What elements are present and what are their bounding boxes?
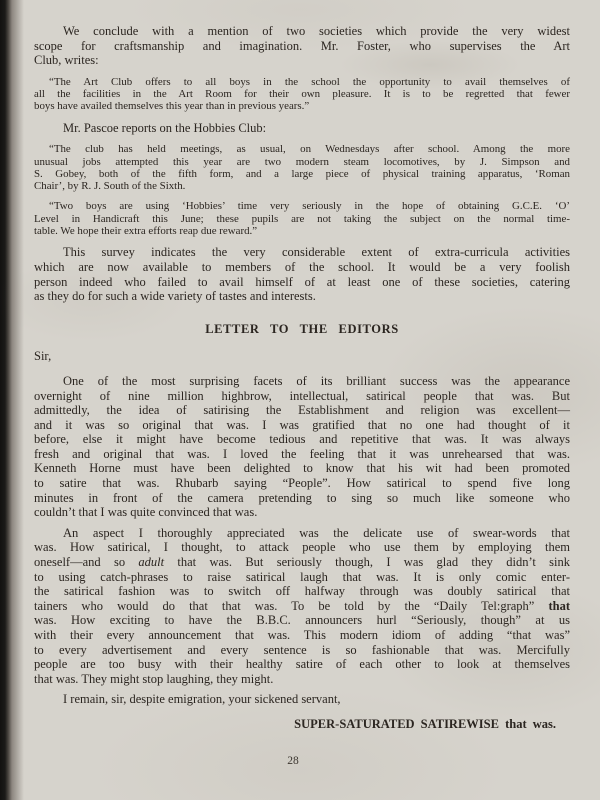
text-line: tainers who would do that that was. To b… bbox=[34, 599, 570, 614]
text-line: to using catch-phrases to raise satirica… bbox=[34, 570, 570, 585]
text-line: S. Gobey, both of the fifth form, and a … bbox=[34, 168, 570, 180]
quote-hobbies-1: “The club has held meetings, as usual, o… bbox=[34, 143, 570, 192]
para-letter-2: An aspect I thoroughly appreciated was t… bbox=[34, 526, 570, 687]
text-line: minutes in front of the camera pretendin… bbox=[34, 491, 570, 506]
text-line: “The Art Club offers to all boys in the … bbox=[34, 76, 570, 88]
signature: SUPER-SATURATED SATIREWISE that was. bbox=[34, 717, 570, 732]
text-line: “The club has held meetings, as usual, o… bbox=[34, 143, 570, 155]
text-line: was. How satirical, I thought, to attack… bbox=[34, 540, 570, 555]
text-line: admittedly, the idea of satirising the E… bbox=[34, 403, 570, 418]
text-line: Kenneth Horne must have been delighted t… bbox=[34, 461, 570, 476]
text-line: “Two boys are using ‘Hobbies’ time very … bbox=[34, 200, 570, 212]
text-line: couldn’t that I was quite convinced that… bbox=[34, 505, 570, 520]
text-line: that was. They might stop laughing, they… bbox=[34, 672, 570, 687]
text-line: which are now available to members of th… bbox=[34, 260, 570, 275]
heading-letter: LETTER TO THE EDITORS bbox=[34, 322, 570, 337]
text-line: person indeed who failed to avail himsel… bbox=[34, 275, 570, 290]
salutation: Sir, bbox=[34, 349, 570, 364]
text-line: unusual jobs attempted this year are two… bbox=[34, 156, 570, 168]
text-line: boys have availed themselves this year t… bbox=[34, 100, 570, 112]
para-letter-1: One of the most surprising facets of its… bbox=[34, 374, 570, 520]
text-line: to every advertisement and every sentenc… bbox=[34, 643, 570, 658]
text-line: overnight of nine million highbrow, inte… bbox=[34, 389, 570, 404]
quote-hobbies-2: “Two boys are using ‘Hobbies’ time very … bbox=[34, 200, 570, 237]
para-closing: I remain, sir, despite emigration, your … bbox=[34, 692, 570, 707]
text-line: people are too busy with their healthy s… bbox=[34, 657, 570, 672]
text-line: I remain, sir, despite emigration, your … bbox=[34, 692, 570, 707]
text-line: as they do for such a wide variety of ta… bbox=[34, 289, 570, 304]
italic-text: adult bbox=[138, 555, 164, 569]
text-line: scope for craftsmanship and imagination.… bbox=[34, 39, 570, 54]
page-content: We conclude with a mention of two societ… bbox=[34, 24, 570, 740]
text-line: and it was so original that was. I was g… bbox=[34, 418, 570, 433]
text-line: fresh and original that was. I loved the… bbox=[34, 447, 570, 462]
book-spine-shadow bbox=[0, 0, 24, 800]
page-number: 28 bbox=[0, 755, 586, 767]
text-line: An aspect I thoroughly appreciated was t… bbox=[34, 526, 570, 541]
text-line: Club, writes: bbox=[34, 53, 570, 68]
text-line: We conclude with a mention of two societ… bbox=[34, 24, 570, 39]
text-line: SUPER-SATURATED SATIREWISE that was. bbox=[34, 717, 556, 732]
text-line: all the facilities in the Art Room for t… bbox=[34, 88, 570, 100]
scanned-page: We conclude with a mention of two societ… bbox=[0, 0, 600, 800]
text-line: One of the most surprising facets of its… bbox=[34, 374, 570, 389]
text-line: Chair’, by R. J. South of the Sixth. bbox=[34, 180, 570, 192]
bold-text: that bbox=[548, 599, 570, 613]
quote-art-club: “The Art Club offers to all boys in the … bbox=[34, 76, 570, 113]
para-conclude: We conclude with a mention of two societ… bbox=[34, 24, 570, 68]
text-line: Level in Handicraft this June; these pup… bbox=[34, 213, 570, 225]
text-line: oneself—and so adult that was. But serio… bbox=[34, 555, 570, 570]
text-line: Sir, bbox=[34, 349, 570, 364]
text-line: was. How exciting to have the B.B.C. ann… bbox=[34, 613, 570, 628]
text-line: This survey indicates the very considera… bbox=[34, 245, 570, 260]
text-line: the satirical fashion was to switch off … bbox=[34, 584, 570, 599]
text-line: before, else it might have become tediou… bbox=[34, 432, 570, 447]
text-line: table. We hope their extra efforts reap … bbox=[34, 225, 570, 237]
text-line: Mr. Pascoe reports on the Hobbies Club: bbox=[34, 121, 570, 136]
text-line: with their every announcement that was. … bbox=[34, 628, 570, 643]
text-line: LETTER TO THE EDITORS bbox=[34, 322, 570, 337]
para-pascoe: Mr. Pascoe reports on the Hobbies Club: bbox=[34, 121, 570, 136]
text-line: to satire that was. Rhubarb saying “Peop… bbox=[34, 476, 570, 491]
para-survey: This survey indicates the very considera… bbox=[34, 245, 570, 303]
